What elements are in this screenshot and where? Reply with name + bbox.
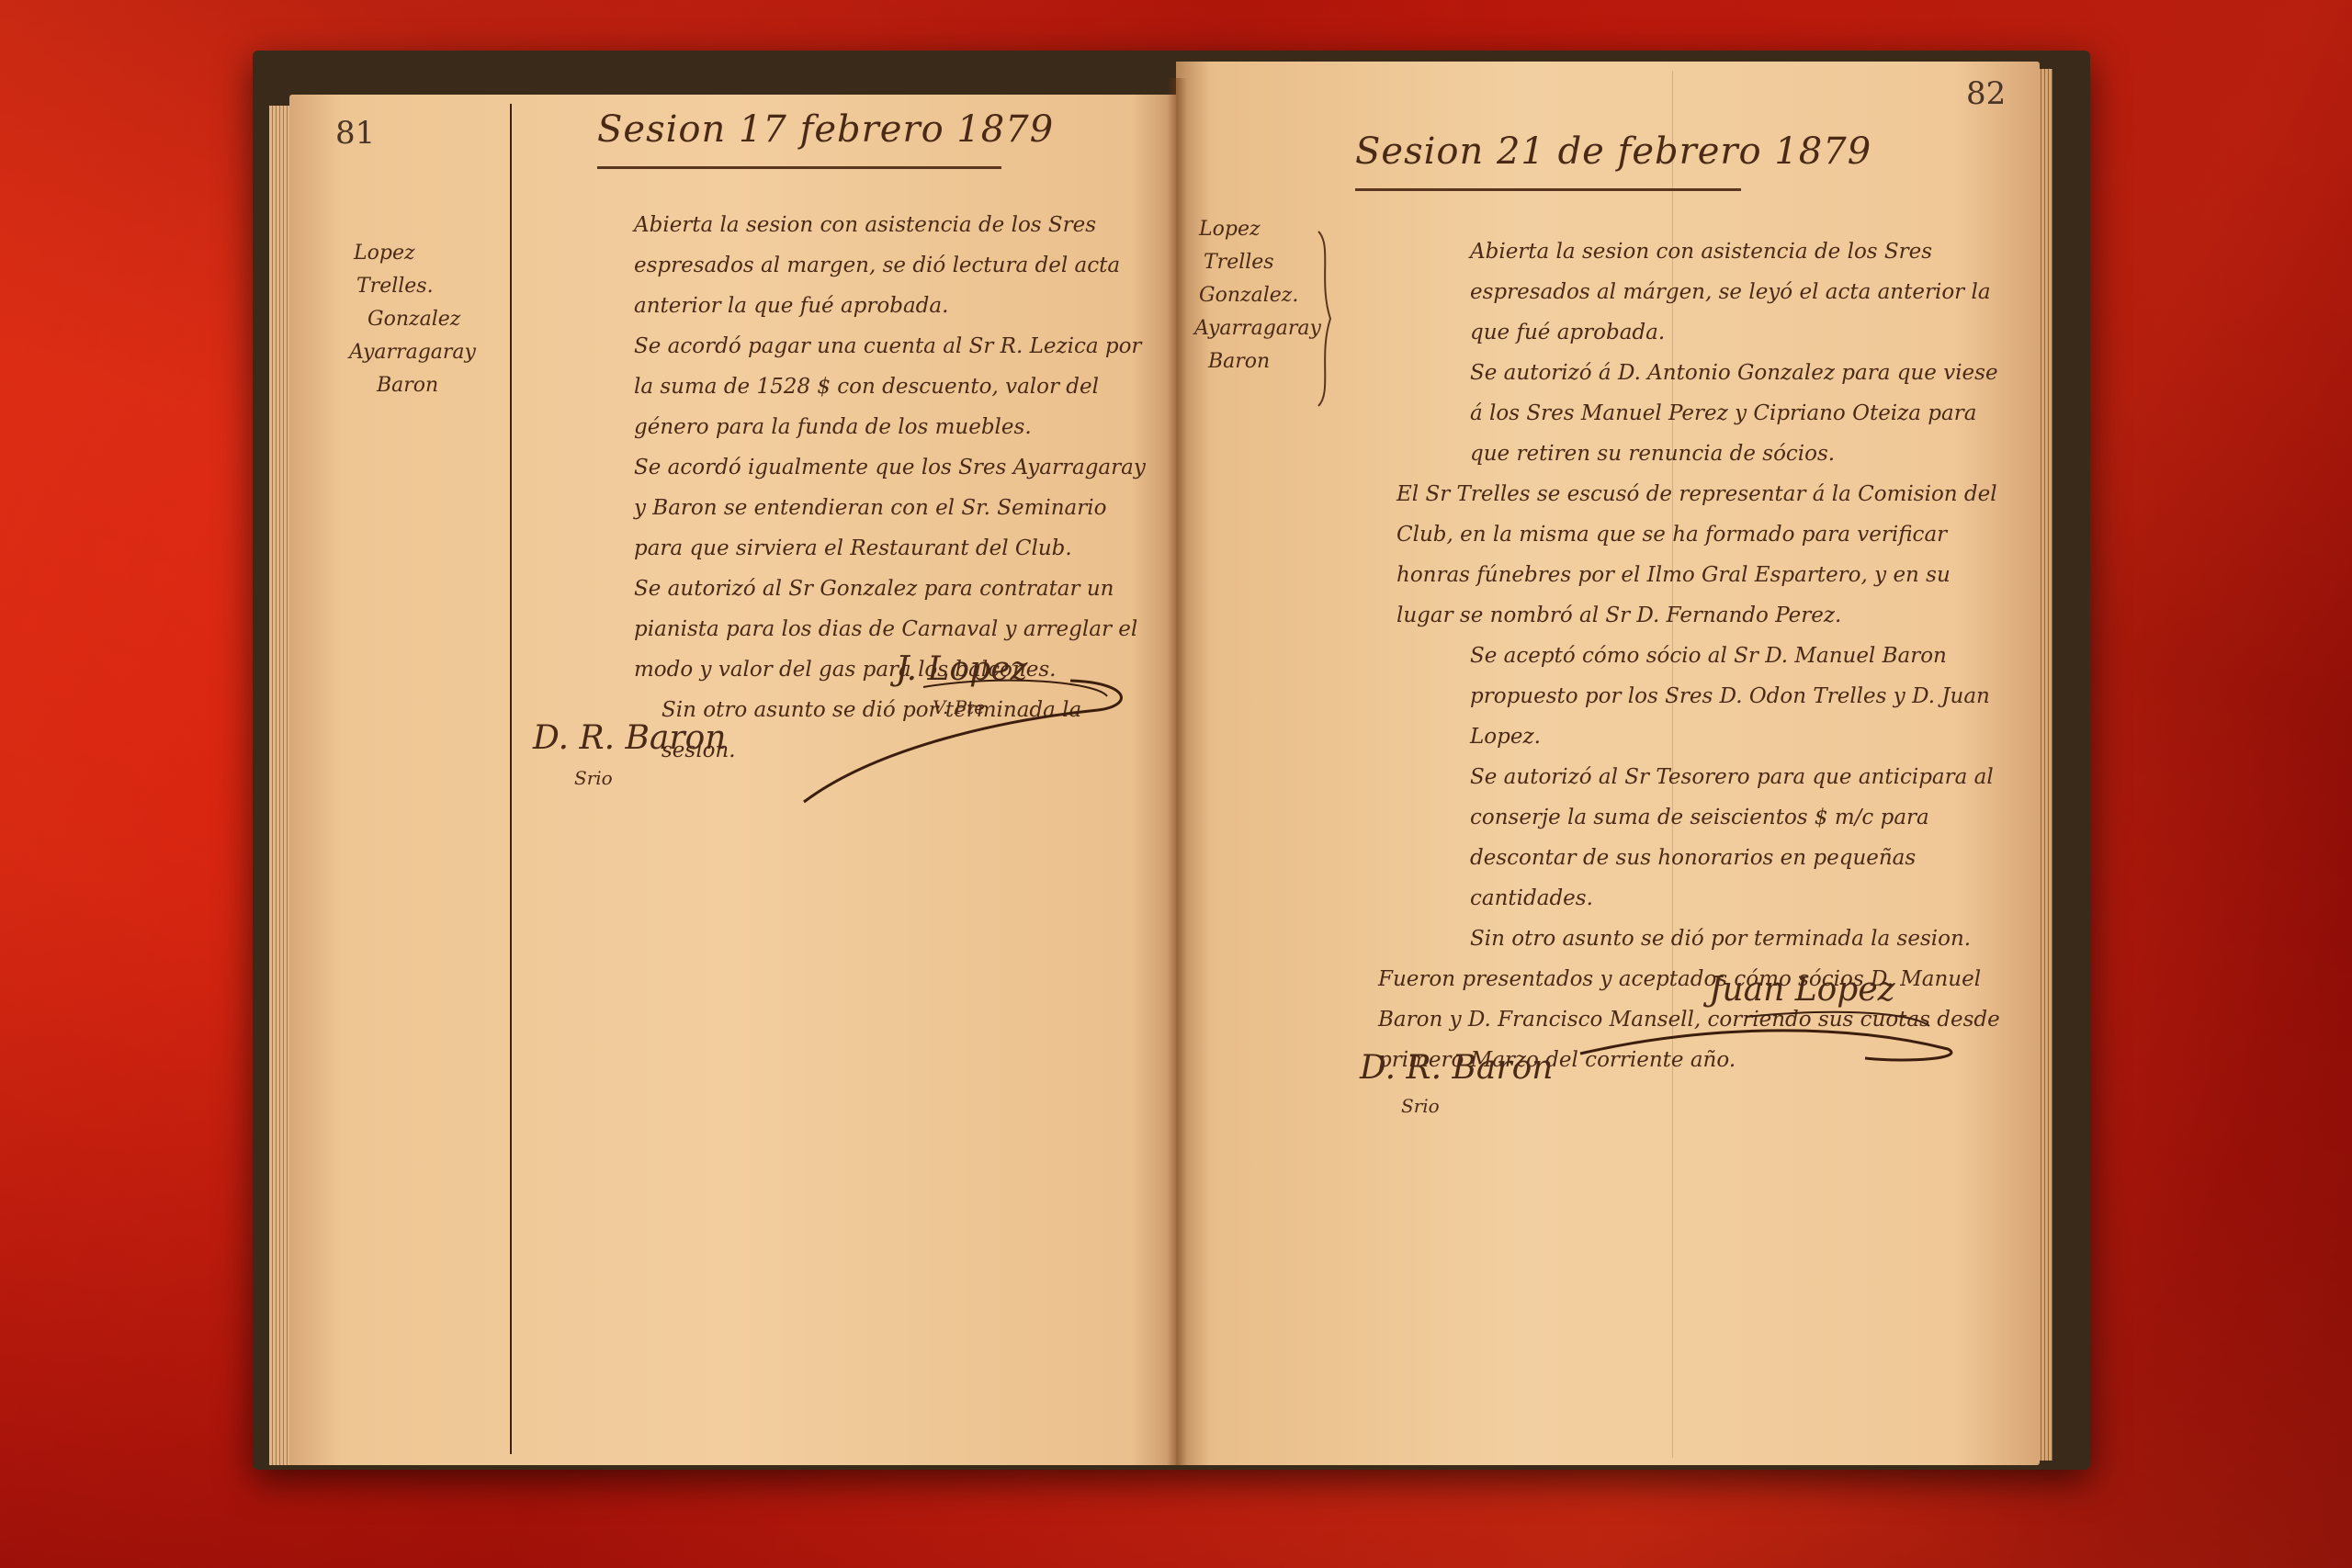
minutes-paragraph: Se autorizó al Sr Tesorero para que anti… [1360, 757, 2003, 919]
minutes-paragraph: Sin otro asunto se dió por terminada la … [1360, 919, 2003, 959]
right-page: 82 Lopez Trelles Gonzalez. Ayarragaray B… [1176, 62, 2040, 1465]
attendee-name: Lopez [349, 237, 476, 270]
attendee-name: Baron [1194, 345, 1321, 378]
book-gutter [1167, 78, 1187, 1465]
attendee-name: Gonzalez [349, 303, 476, 336]
attendee-name: Lopez [1194, 213, 1321, 246]
signature-secretary-right: D. R. Baron [1360, 1049, 1553, 1087]
minutes-body-right: Abierta la sesion con asistencia de los … [1360, 231, 2003, 1080]
attendee-name: Ayarragaray [349, 336, 476, 369]
minutes-paragraph: Se acordó igualmente que los Sres Ayarra… [524, 447, 1158, 569]
attendees-margin-right: Lopez Trelles Gonzalez. Ayarragaray Baro… [1194, 213, 1321, 378]
attendee-name: Gonzalez. [1194, 279, 1321, 312]
minutes-paragraph: Abierta la sesion con asistencia de los … [524, 205, 1158, 326]
margin-rule-left [510, 104, 512, 1454]
page-number-left: 81 [335, 115, 375, 152]
attendee-name: Baron [349, 369, 476, 402]
minutes-paragraph: Se acordó pagar una cuenta al Sr R. Lezi… [524, 326, 1158, 447]
session-title-left: Sesion 17 febrero 1879 [597, 108, 1054, 151]
page-number-right: 82 [1966, 75, 2006, 112]
session-title-right: Sesion 21 de febrero 1879 [1355, 130, 1871, 173]
title-underline [597, 166, 1001, 169]
attendees-margin-left: Lopez Trelles. Gonzalez Ayarragaray Baro… [349, 237, 476, 402]
attendee-name: Trelles. [349, 270, 476, 303]
signature-flourish-icon [1562, 971, 1966, 1081]
margin-brace-icon [1314, 227, 1341, 411]
signature-secretary-left: D. R. Baron [533, 719, 726, 757]
left-page: 81 Lopez Trelles. Gonzalez Ayarragaray B… [289, 95, 1176, 1465]
minutes-paragraph: Se aceptó cómo sócio al Sr D. Manuel Bar… [1360, 636, 2003, 757]
minutes-paragraph: Abierta la sesion con asistencia de los … [1360, 231, 2003, 353]
signature-secretary-title-left: Srio [574, 767, 613, 789]
title-underline [1355, 188, 1741, 191]
signature-secretary-title-right: Srio [1401, 1095, 1440, 1117]
signature-flourish-icon [767, 646, 1135, 811]
minutes-paragraph: El Sr Trelles se escusó de representar á… [1360, 474, 2003, 636]
attendee-name: Trelles [1194, 246, 1321, 279]
minute-book: 81 Lopez Trelles. Gonzalez Ayarragaray B… [253, 51, 2090, 1470]
minutes-paragraph: Se autorizó á D. Antonio Gonzalez para q… [1360, 353, 2003, 474]
attendee-name: Ayarragaray [1194, 312, 1321, 345]
